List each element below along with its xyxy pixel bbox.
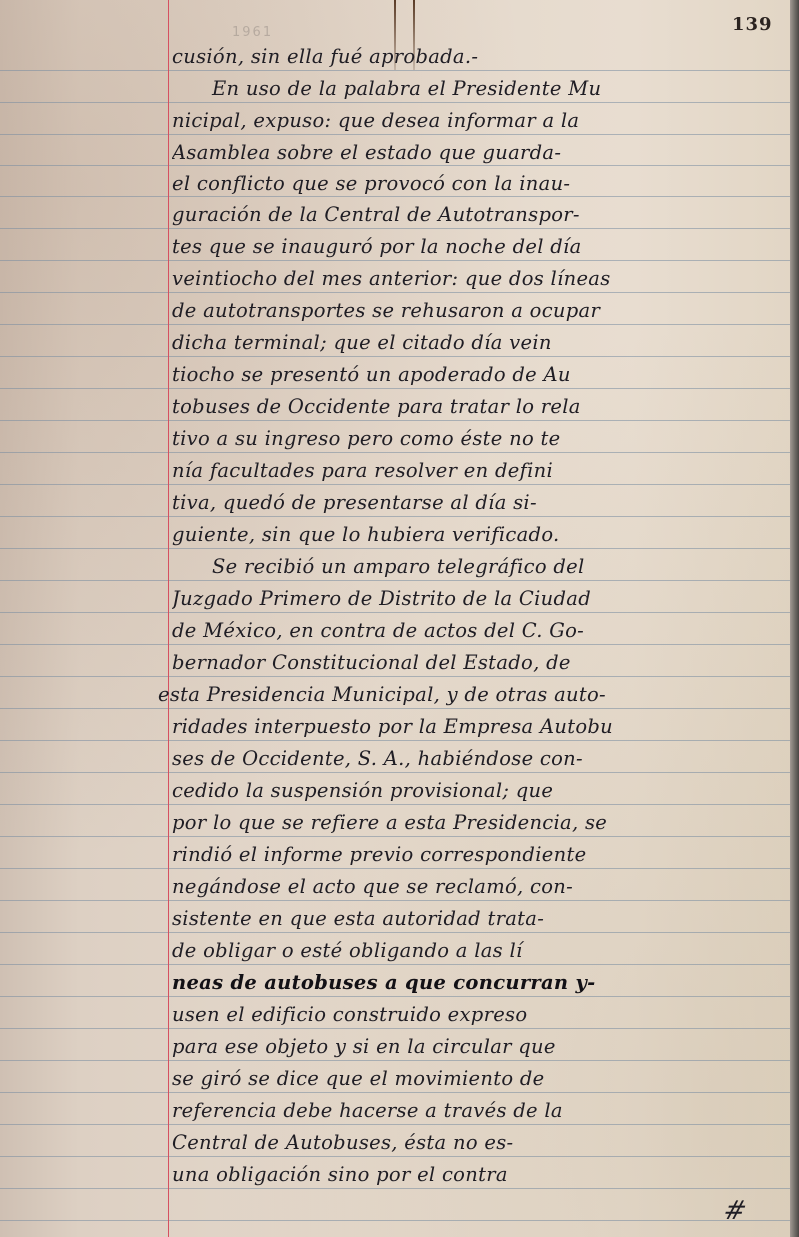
text-line: referencia debe hacerse a través de la (172, 1096, 784, 1126)
ruled-line (0, 1220, 790, 1221)
text-line: Central de Autobuses, ésta no es- (172, 1128, 784, 1158)
red-margin-line (168, 0, 169, 1237)
faint-stamp: 1961 (232, 25, 273, 40)
text-line: veintiocho del mes anterior: que dos lín… (172, 264, 784, 294)
text-line: por lo que se refiere a esta Presidencia… (172, 808, 784, 838)
text-line: de obligar o esté obligando a las lí (172, 936, 784, 966)
text-line: dicha terminal; que el citado día vein (172, 328, 784, 358)
text-line: usen el edificio construido expreso (172, 1000, 784, 1030)
text-line: Asamblea sobre el estado que guarda- (172, 138, 784, 168)
text-line: tiva, quedó de presentarse al día si- (172, 488, 784, 518)
page-number: 139 (732, 14, 773, 35)
text-line: nía facultades para resolver en defini (172, 456, 784, 486)
text-line: cedido la suspensión provisional; que (172, 776, 784, 806)
page-edge (790, 0, 799, 1237)
text-line: para ese objeto y si en la circular que (172, 1032, 784, 1062)
text-line: Juzgado Primero de Distrito de la Ciudad (172, 584, 784, 614)
text-line: nicipal, expuso: que desea informar a la (172, 106, 784, 136)
text-line: guración de la Central de Autotranspor- (172, 200, 784, 230)
text-line: tes que se inauguró por la noche del día (172, 232, 784, 262)
text-line: cusión, sin ella fué aprobada.- (172, 42, 784, 72)
text-line: esta Presidencia Municipal, y de otras a… (158, 680, 770, 710)
text-line: rindió el informe previo correspondiente (172, 840, 784, 870)
text-line: tiocho se presentó un apoderado de Au (172, 360, 784, 390)
text-line: neas de autobuses a que concurran y- (172, 968, 784, 998)
text-line: Se recibió un amparo telegráfico del (172, 552, 784, 582)
text-line: tobuses de Occidente para tratar lo rela (172, 392, 784, 422)
text-line: negándose el acto que se reclamó, con- (172, 872, 784, 902)
ledger-page: 1961 139 cusión, sin ella fué aprobada.-… (0, 0, 790, 1237)
text-line: una obligación sino por el contra (172, 1160, 784, 1190)
text-line: se giró se dice que el movimiento de (172, 1064, 784, 1094)
text-line: de autotransportes se rehusaron a ocupar (172, 296, 784, 326)
text-line: de México, en contra de actos del C. Go- (172, 616, 784, 646)
text-line: guiente, sin que lo hubiera verificado. (172, 520, 784, 550)
text-line: sistente en que esta autoridad trata- (172, 904, 784, 934)
text-line: el conflicto que se provocó con la inau- (172, 169, 784, 199)
text-line: ridades interpuesto por la Empresa Autob… (172, 712, 784, 742)
text-line: En uso de la palabra el Presidente Mu (172, 74, 784, 104)
text-line: bernador Constitucional del Estado, de (172, 648, 784, 678)
text-line: ses de Occidente, S. A., habiéndose con- (172, 744, 784, 774)
text-line: tivo a su ingreso pero como éste no te (172, 424, 784, 454)
end-mark: # (720, 1196, 750, 1226)
